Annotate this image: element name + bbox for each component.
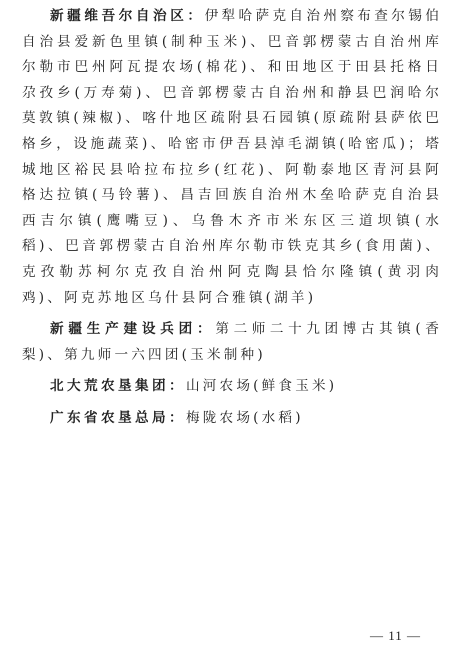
region-heading: 新疆生产建设兵团： xyxy=(50,321,215,337)
paragraph-guangdong: 广东省农垦总局：梅陇农场(水稻) xyxy=(22,406,442,432)
paragraph-xinjiang: 新疆维吾尔自治区：伊犁哈萨克自治州察布查尔锡伯自治县爱新色里镇(制种玉米)、巴音… xyxy=(22,4,442,311)
paragraph-bingtuan: 新疆生产建设兵团：第二师二十九团博古其镇(香梨)、第九师一六四团(玉米制种) xyxy=(22,317,442,368)
town-list: 梅陇农场(水稻) xyxy=(186,410,304,426)
region-heading: 北大荒农垦集团： xyxy=(50,378,186,394)
town-list: 伊犁哈萨克自治州察布查尔锡伯自治县爱新色里镇(制种玉米)、巴音郭楞蒙古自治州库尔… xyxy=(22,8,442,306)
document-page: 新疆维吾尔自治区：伊犁哈萨克自治州察布查尔锡伯自治县爱新色里镇(制种玉米)、巴音… xyxy=(22,4,442,432)
region-heading: 广东省农垦总局： xyxy=(50,410,186,426)
paragraph-beidahuang: 北大荒农垦集团：山河农场(鲜食玉米) xyxy=(22,374,442,400)
region-heading: 新疆维吾尔自治区： xyxy=(50,8,205,24)
page-number: — 11 — xyxy=(370,628,421,644)
town-list: 山河农场(鲜食玉米) xyxy=(186,378,337,394)
